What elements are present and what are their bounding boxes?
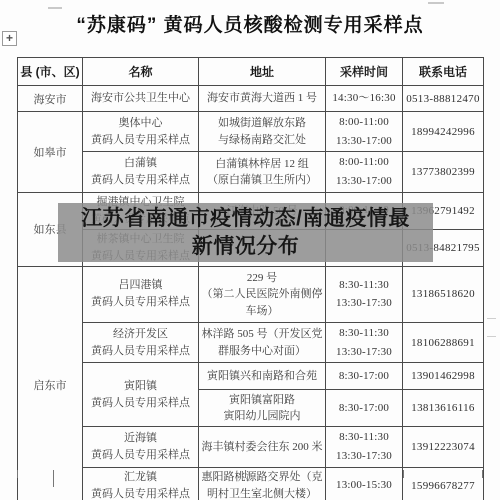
watermark-text-line2: 新情况分布 xyxy=(192,233,300,261)
table-move-handle-icon[interactable]: + xyxy=(2,31,17,46)
table-cell: 18106288691 xyxy=(403,322,484,362)
table-cell: 13813616116 xyxy=(403,390,484,427)
table-border-stub xyxy=(403,470,404,478)
table-cell: 8:30-17:00 xyxy=(326,363,403,390)
table-cell: 海安市黄海大道西 1 号 xyxy=(199,86,326,112)
table-row: 海安市海安市公共卫生中心海安市黄海大道西 1 号14:30～16:300513-… xyxy=(18,86,484,112)
table-cell: 8:30-17:00 xyxy=(326,390,403,427)
sampling-table: 县 (市、区)名称地址采样时间联系电话 海安市海安市公共卫生中心海安市黄海大道西… xyxy=(17,57,484,500)
document-page: “苏康码” 黄码人员核酸检测专用采样点 + 县 (市、区)名称地址采样时间联系电… xyxy=(0,0,500,500)
table-body: 海安市海安市公共卫生中心海安市黄海大道西 1 号14:30～16:300513-… xyxy=(18,86,484,500)
table-cell: 13186518620 xyxy=(403,266,484,322)
table-row: 近海镇 黄码人员专用采样点海丰镇村委会往东 200 米8:30-11:30 13… xyxy=(18,427,484,467)
region-cell: 启东市 xyxy=(18,266,83,500)
table-cell: 寅阳镇 黄码人员专用采样点 xyxy=(83,363,199,427)
table-border-stub xyxy=(482,470,483,478)
ruler-mark xyxy=(428,2,444,4)
table-cell: 如城街道解放东路 与绿杨南路交汇处 xyxy=(199,112,326,152)
ruler-mark xyxy=(48,7,62,9)
table-cell: 汇龙镇 黄码人员专用采样点 xyxy=(83,467,199,500)
table-cell: 寅阳镇富阳路 寅阳幼儿园院内 xyxy=(199,390,326,427)
table-cell: 13773802399 xyxy=(403,152,484,192)
table-header-cell: 采样时间 xyxy=(326,58,403,86)
region-cell: 如皋市 xyxy=(18,112,83,193)
margin-mark xyxy=(487,336,496,337)
table-header: 县 (市、区)名称地址采样时间联系电话 xyxy=(18,58,484,86)
table-cell: 白蒲镇 黄码人员专用采样点 xyxy=(83,152,199,192)
watermark-overlay: 江苏省南通市疫情动态/南通疫情最 新情况分布 xyxy=(58,203,433,262)
table-cell: 寅阳镇兴和南路和合苑 xyxy=(199,363,326,390)
table-cell: 13:00-15:30 xyxy=(326,467,403,500)
table-cell: 229 号 （第二人民医院外南侧停 车场） xyxy=(199,266,326,322)
table-border-stub xyxy=(245,470,246,478)
table-cell: 8:00-11:00 13:30-17:00 xyxy=(326,152,403,192)
table-row: 经济开发区 黄码人员专用采样点林洋路 505 号（开发区党 群服务中心对面）8:… xyxy=(18,322,484,362)
table-row: 汇龙镇 黄码人员专用采样点惠阳路桃源路交界处（克 明村卫生室北侧大楼）13:00… xyxy=(18,467,484,500)
table-header-cell: 地址 xyxy=(199,58,326,86)
table-row: 如皋市奥体中心 黄码人员专用采样点如城街道解放东路 与绿杨南路交汇处8:00-1… xyxy=(18,112,484,152)
table-cell: 吕四港镇 黄码人员专用采样点 xyxy=(83,266,199,322)
page-title: “苏康码” 黄码人员核酸检测专用采样点 xyxy=(0,10,500,37)
table-cell: 林洋路 505 号（开发区党 群服务中心对面） xyxy=(199,322,326,362)
table-cell: 8:30-11:30 13:30-17:30 xyxy=(326,427,403,467)
table-cell: 海丰镇村委会往东 200 米 xyxy=(199,427,326,467)
table-cell: 0513-88812470 xyxy=(403,86,484,112)
watermark-text-line1: 江苏省南通市疫情动态/南通疫情最 xyxy=(81,205,410,233)
table-cell: 8:30-11:30 13:30-17:30 xyxy=(326,322,403,362)
table-row: 启东市吕四港镇 黄码人员专用采样点229 号 （第二人民医院外南侧停 车场）8:… xyxy=(18,266,484,322)
table-cell: 18994242996 xyxy=(403,112,484,152)
table-cell: 15996678277 xyxy=(403,467,484,500)
table-cell: 近海镇 黄码人员专用采样点 xyxy=(83,427,199,467)
table-border-stub xyxy=(53,470,54,487)
region-cell: 海安市 xyxy=(18,86,83,112)
table-cell: 奥体中心 黄码人员专用采样点 xyxy=(83,112,199,152)
table-row: 白蒲镇 黄码人员专用采样点白蒲镇林梓居 12 组 （原白蒲镇卫生所内）8:00-… xyxy=(18,152,484,192)
table-header-cell: 县 (市、区) xyxy=(18,58,83,86)
margin-mark xyxy=(487,318,496,319)
table-cell: 13901462998 xyxy=(403,363,484,390)
table-cell: 惠阳路桃源路交界处（克 明村卫生室北侧大楼） xyxy=(199,467,326,500)
table-cell: 经济开发区 黄码人员专用采样点 xyxy=(83,322,199,362)
table-cell: 13912223074 xyxy=(403,427,484,467)
table-cell: 8:30-11:30 13:30-17:30 xyxy=(326,266,403,322)
table-header-cell: 名称 xyxy=(83,58,199,86)
table-cell: 14:30～16:30 xyxy=(326,86,403,112)
table-row: 寅阳镇 黄码人员专用采样点寅阳镇兴和南路和合苑8:30-17:001390146… xyxy=(18,363,484,390)
table-cell: 白蒲镇林梓居 12 组 （原白蒲镇卫生所内） xyxy=(199,152,326,192)
table-border-stub xyxy=(17,470,18,478)
table-cell: 8:00-11:00 13:30-17:00 xyxy=(326,112,403,152)
table-header-row: 县 (市、区)名称地址采样时间联系电话 xyxy=(18,58,484,86)
table-cell: 海安市公共卫生中心 xyxy=(83,86,199,112)
table-header-cell: 联系电话 xyxy=(403,58,484,86)
